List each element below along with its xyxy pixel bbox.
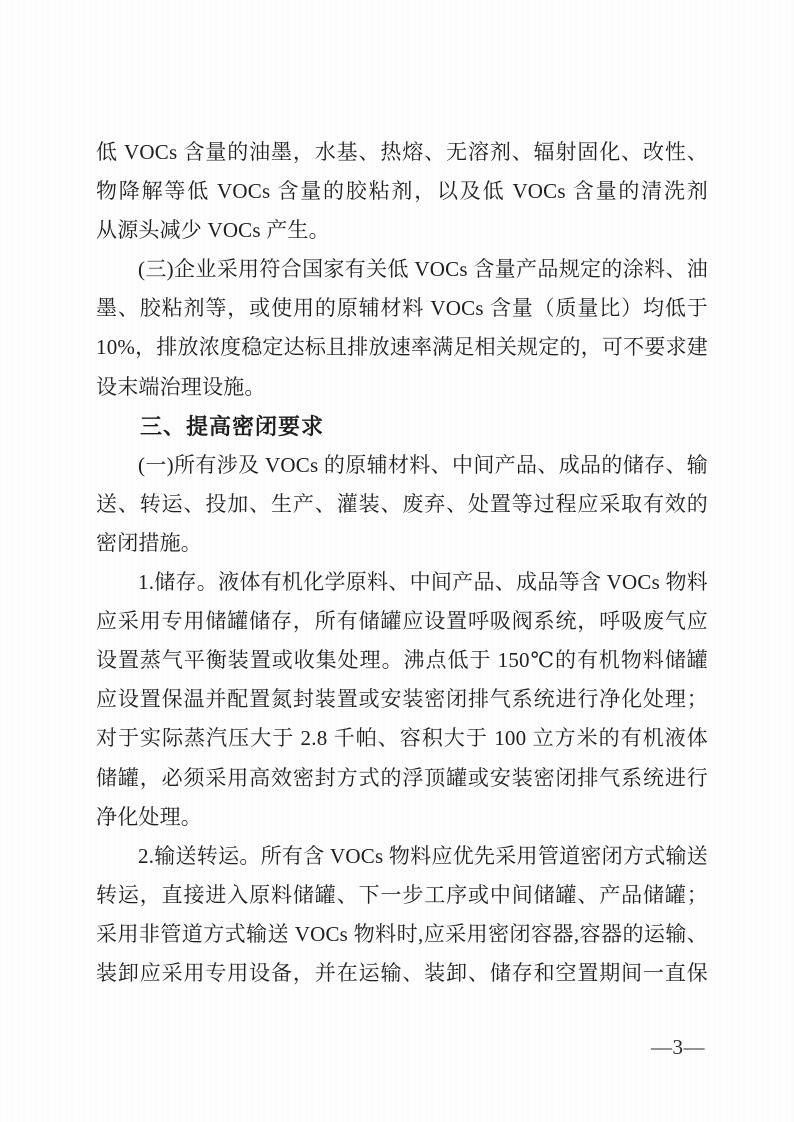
text-line: 净化处理。	[96, 798, 708, 837]
text-line: 1.储存。液体有机化学原料、中间产品、成品等含 VOCs 物料	[96, 563, 708, 602]
paragraph-item-1: (一)所有涉及 VOCs 的原辅材料、中间产品、成品的储存、输送、转运、投加、生…	[96, 446, 708, 563]
text-line: 2.输送转运。所有含 VOCs 物料应优先采用管道密闭方式输送	[96, 837, 708, 876]
paragraph-storage: 1.储存。液体有机化学原料、中间产品、成品等含 VOCs 物料应采用专用储罐储存…	[96, 563, 708, 837]
text-line: 应采用专用储罐储存，所有储罐应设置呼吸阀系统，呼吸废气应	[96, 602, 708, 641]
text-line: 送、转运、投加、生产、灌装、废弃、处置等过程应采取有效的	[96, 485, 708, 524]
text-line: 储罐，必须采用高效密封方式的浮顶罐或安装密闭排气系统进行	[96, 759, 708, 798]
document-page: 低 VOCs 含量的油墨，水基、热熔、无溶剂、辐射固化、改性、生物降解等低 VO…	[0, 0, 794, 1122]
text-line: (三)企业采用符合国家有关低 VOCs 含量产品规定的涂料、油	[96, 250, 708, 289]
page-number: —3—	[651, 1034, 705, 1060]
paragraph-continuation: 低 VOCs 含量的油墨，水基、热熔、无溶剂、辐射固化、改性、生物降解等低 VO…	[96, 133, 708, 250]
text-line: (一)所有涉及 VOCs 的原辅材料、中间产品、成品的储存、输	[96, 446, 708, 485]
text-line: 设末端治理设施。	[96, 368, 708, 407]
document-body: 低 VOCs 含量的油墨，水基、热熔、无溶剂、辐射固化、改性、生物降解等低 VO…	[96, 133, 708, 993]
text-line: 应设置保温并配置氮封装置或安装密闭排气系统进行净化处理；	[96, 680, 708, 719]
paragraph-item-3: (三)企业采用符合国家有关低 VOCs 含量产品规定的涂料、油墨、胶粘剂等，或使…	[96, 250, 708, 406]
text-line: 从源头减少 VOCs 产生。	[96, 211, 708, 250]
text-line: 密闭措施。	[96, 524, 708, 563]
text-line: 对于实际蒸汽压大于 2.8 千帕、容积大于 100 立方米的有机液体	[96, 719, 708, 758]
text-line: 物降解等低 VOCs 含量的胶粘剂，以及低 VOCs 含量的清洗剂等，	[96, 172, 708, 211]
text-line: 低 VOCs 含量的油墨，水基、热熔、无溶剂、辐射固化、改性、生	[96, 133, 708, 172]
text-line: 10%，排放浓度稳定达标且排放速率满足相关规定的，可不要求建	[96, 328, 708, 367]
text-line: 采用非管道方式输送 VOCs 物料时,应采用密闭容器,容器的运输、	[96, 915, 708, 954]
text-line: 三、提高密闭要求	[96, 407, 708, 446]
text-line: 转运，直接进入原料储罐、下一步工序或中间储罐、产品储罐；	[96, 876, 708, 915]
text-line: 设置蒸气平衡装置或收集处理。沸点低于 150℃的有机物料储罐	[96, 641, 708, 680]
text-line: 墨、胶粘剂等，或使用的原辅材料 VOCs 含量（质量比）均低于	[96, 289, 708, 328]
paragraph-transfer: 2.输送转运。所有含 VOCs 物料应优先采用管道密闭方式输送转运，直接进入原料…	[96, 837, 708, 993]
text-line: 装卸应采用专用设备，并在运输、装卸、储存和空置期间一直保	[96, 954, 708, 993]
heading-section-three: 三、提高密闭要求	[96, 407, 708, 446]
